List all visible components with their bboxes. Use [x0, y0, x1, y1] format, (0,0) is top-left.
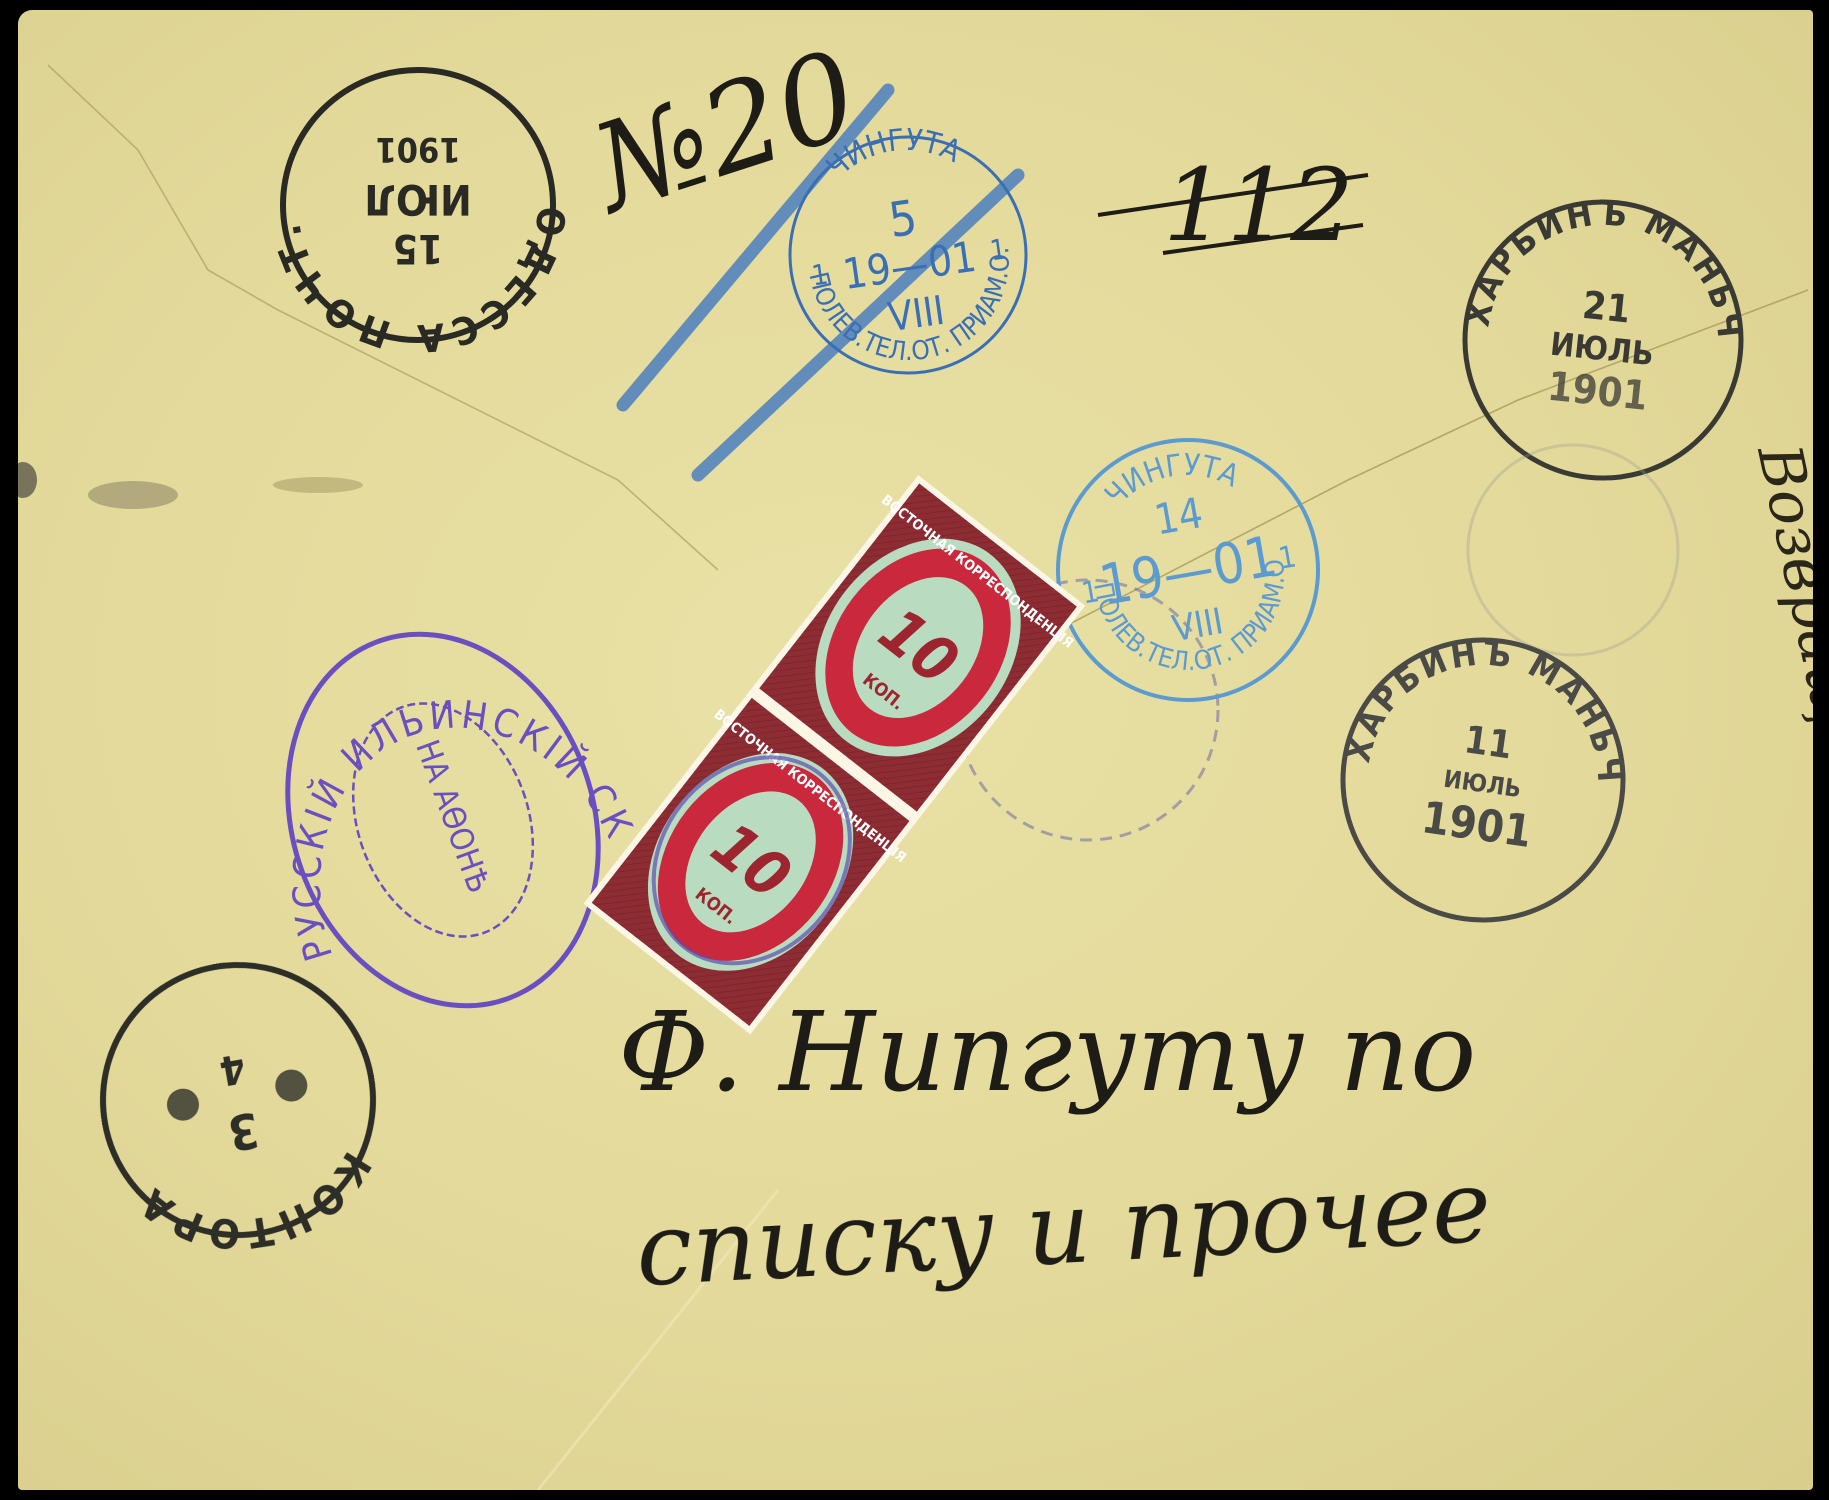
- manuscript-right-vertical: Возвращено / отправ. 1901: [1743, 438, 1813, 1317]
- svg-text:11: 11: [1462, 717, 1515, 767]
- manuscript-address-line-2: списку и прочее: [633, 1147, 1494, 1309]
- postmark-kontora: КОНТОРА 3 4: [82, 944, 398, 1278]
- manuscript-number-20: №20: [573, 25, 874, 241]
- svg-text:112: 112: [1163, 147, 1354, 264]
- svg-text:21: 21: [1580, 283, 1632, 332]
- stamp-pair: 10 КОП. ВОСТОЧНАЯ КОРРЕСПОНДЕНЦІЯ 10 КОП…: [573, 467, 1096, 1043]
- svg-text:ИЮЛ: ИЮЛ: [364, 175, 471, 224]
- seal-ilyinsky-skete: РУССКІЙ ИЛЬИНСКІЙ СКИТЪ НА АѲОНѢ: [18, 10, 682, 1149]
- svg-text:4: 4: [216, 1044, 249, 1094]
- svg-text:1901: 1901: [375, 129, 460, 169]
- manuscript-address-line-1: Ф. Нипгуту по: [618, 988, 1476, 1116]
- svg-text:15: 15: [393, 225, 443, 271]
- manuscript-crossed-112: 112: [1098, 147, 1368, 264]
- envelope: ОДЕССА ПОЧТ. ... 15 ИЮЛ 1901 №20 ЧИНГУТА…: [18, 10, 1813, 1490]
- svg-text:3: 3: [224, 1100, 263, 1160]
- cover-markings: ОДЕССА ПОЧТ. ... 15 ИЮЛ 1901 №20 ЧИНГУТА…: [18, 10, 1813, 1490]
- svg-text:19—01: 19—01: [840, 232, 979, 299]
- svg-text:КОНТОРА: КОНТОРА: [123, 1138, 390, 1276]
- svg-text:РУССКІЙ ИЛЬИНСКІЙ СКИТЪ: РУССКІЙ ИЛЬИНСКІЙ СКИТЪ: [18, 10, 648, 1056]
- svg-text:НА АѲОНѢ: НА АѲОНѢ: [408, 735, 498, 898]
- svg-text:ОДЕССА ПОЧТ. ...: ОДЕССА ПОЧТ. ...: [263, 199, 828, 435]
- svg-text:1901: 1901: [1545, 364, 1649, 420]
